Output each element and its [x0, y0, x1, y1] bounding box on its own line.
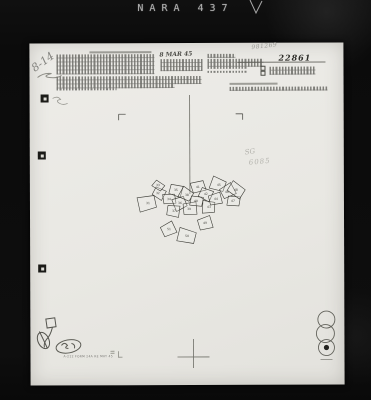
footprint-number: 47 [231, 199, 235, 203]
footprint-number: 35 [174, 188, 178, 192]
circled-scribble [55, 338, 82, 355]
footprint-number: 38 [185, 193, 189, 197]
stacked-circles-scribble [316, 311, 335, 360]
footprint-number: 51 [167, 227, 171, 231]
footprint-number: 31 [146, 201, 150, 205]
pencil-flag-doodle [35, 318, 56, 351]
footprint-number: 45 [217, 183, 221, 187]
checkmark-icon [246, 0, 268, 15]
footprint-number: 43 [207, 205, 211, 209]
footprint-number: 50 [185, 234, 189, 238]
footprint-number: 33 [156, 183, 160, 187]
form-print-line: A-212 FORM 24A RE MAY 45 [63, 354, 112, 358]
signature-scribble [38, 73, 62, 78]
scanned-form-sheet: 22861 981269 8 MAR 45 8-14 SG 6085 [29, 42, 344, 385]
footprint-number: 42 [204, 192, 208, 196]
footprint-number: 37 [172, 209, 176, 213]
footprint-number: 36 [178, 201, 182, 205]
footprint-number: 34 [167, 197, 171, 201]
footprint-number: 41 [196, 185, 200, 189]
footprint-number: 40 [194, 199, 198, 203]
microfilm-frame: NARA 437 [0, 0, 371, 400]
footprint-number: 48 [234, 188, 238, 192]
photo-footprint-plot: 3132333435363738394041424344454647484950… [29, 42, 344, 385]
footprint-number: 44 [214, 197, 218, 201]
archive-frame-label: NARA 437 [0, 3, 371, 14]
footprint-number: 32 [156, 191, 160, 195]
pencil-initial-scribble [53, 97, 68, 104]
footprint-number: 39 [187, 207, 191, 211]
footprint-number: 49 [203, 221, 207, 225]
